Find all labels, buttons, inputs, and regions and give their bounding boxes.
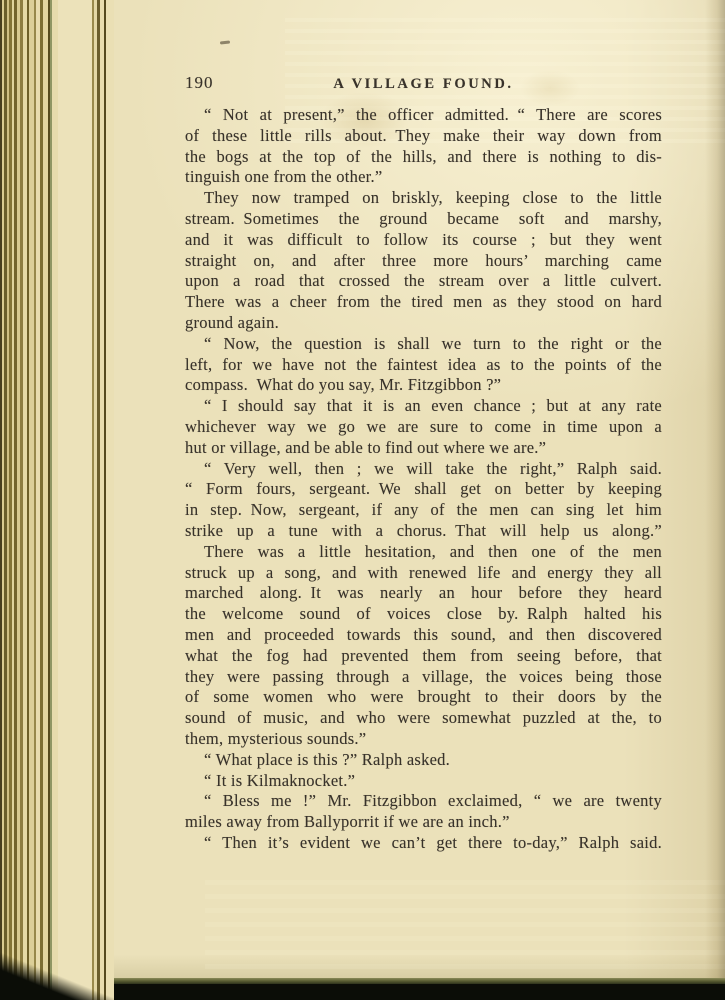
paragraph: They now tramped on briskly, keeping clo… <box>185 188 662 334</box>
paragraph: “ Then it’s evident we can’t get there t… <box>185 833 662 854</box>
text-line: sound of music, and who were somewhat pu… <box>185 708 662 729</box>
text-line: “ Then it’s evident we can’t get there t… <box>185 833 662 854</box>
text-line: “ What place is this ?” Ralph asked. <box>185 750 662 771</box>
paragraph: “ Bless me !” Mr. Fitzgibbon exclaimed, … <box>185 791 662 833</box>
text-line: stream. Sometimes the ground became soft… <box>185 209 662 230</box>
bottom-left-corner-shadow <box>0 948 120 1000</box>
body-text: “ Not at present,” the officer admitted.… <box>185 105 662 854</box>
text-line: There was a cheer from the tired men as … <box>185 292 662 313</box>
paragraph: “ What place is this ?” Ralph asked. <box>185 750 662 771</box>
text-line: them, mysterious sounds.” <box>185 729 662 750</box>
text-line: “ Now, the question is shall we turn to … <box>185 334 662 355</box>
text-line: They now tramped on briskly, keeping clo… <box>185 188 662 209</box>
text-line: men and proceeded towards this sound, an… <box>185 625 662 646</box>
text-line: struck up a song, and with renewed life … <box>185 563 662 584</box>
page-stack-edges <box>0 0 114 1000</box>
text-line: what the fog had prevented them from see… <box>185 646 662 667</box>
text-line: of these little rills about. They make t… <box>185 126 662 147</box>
text-line: the bogs at the top of the hills, and th… <box>185 147 662 168</box>
text-line: “ Form fours, sergeant. We shall get on … <box>185 479 662 500</box>
text-line: they were passing through a village, the… <box>185 667 662 688</box>
page-right-edge-shadow <box>705 0 725 984</box>
text-line: “ I should say that it is an even chance… <box>185 396 662 417</box>
text-line: “ Very well, then ; we will take the rig… <box>185 459 662 480</box>
paragraph: “ Form fours, sergeant. We shall get on … <box>185 479 662 541</box>
text-line: left, for we have not the faintest idea … <box>185 355 662 376</box>
text-line: straight on, and after three more hours’… <box>185 251 662 272</box>
text-line: the welcome sound of voices close by. Ra… <box>185 604 662 625</box>
text-line: and it was difficult to follow its cours… <box>185 230 662 251</box>
text-line: compass. What do you say, Mr. Fitzgibbon… <box>185 375 662 396</box>
text-line: miles away from Ballyporrit if we are an… <box>185 812 662 833</box>
text-line: hut or village, and be able to find out … <box>185 438 662 459</box>
paragraph: “ Now, the question is shall we turn to … <box>185 334 662 396</box>
text-line: “ It is Kilmaknocket.” <box>185 771 662 792</box>
text-line: in step. Now, sergeant, if any of the me… <box>185 500 662 521</box>
text-line: tinguish one from the other.” <box>185 167 662 188</box>
paper-texture-streaks <box>205 880 725 970</box>
paragraph: “ It is Kilmaknocket.” <box>185 771 662 792</box>
running-title: A VILLAGE FOUND. <box>185 76 662 93</box>
text-line: whichever way we go we are sure to come … <box>185 417 662 438</box>
text-line: “ Not at present,” the officer admitted.… <box>185 105 662 126</box>
book-scan: 190 A VILLAGE FOUND. “ Not at present,” … <box>0 0 725 1000</box>
text-line: “ Bless me !” Mr. Fitzgibbon exclaimed, … <box>185 791 662 812</box>
paragraph: “ I should say that it is an even chance… <box>185 396 662 458</box>
paragraph: “ Not at present,” the officer admitted.… <box>185 105 662 188</box>
text-line: ground again. <box>185 313 662 334</box>
paragraph: There was a little hesitation, and then … <box>185 542 662 750</box>
text-line: marched along. It was nearly an hour bef… <box>185 583 662 604</box>
paragraph: “ Very well, then ; we will take the rig… <box>185 459 662 480</box>
text-line: upon a road that crossed the stream over… <box>185 271 662 292</box>
smudge-mark <box>220 40 230 44</box>
text-line: strike up a tune with a chorus. That wil… <box>185 521 662 542</box>
text-line: There was a little hesitation, and then … <box>185 542 662 563</box>
text-line: of some women who were brought to their … <box>185 687 662 708</box>
